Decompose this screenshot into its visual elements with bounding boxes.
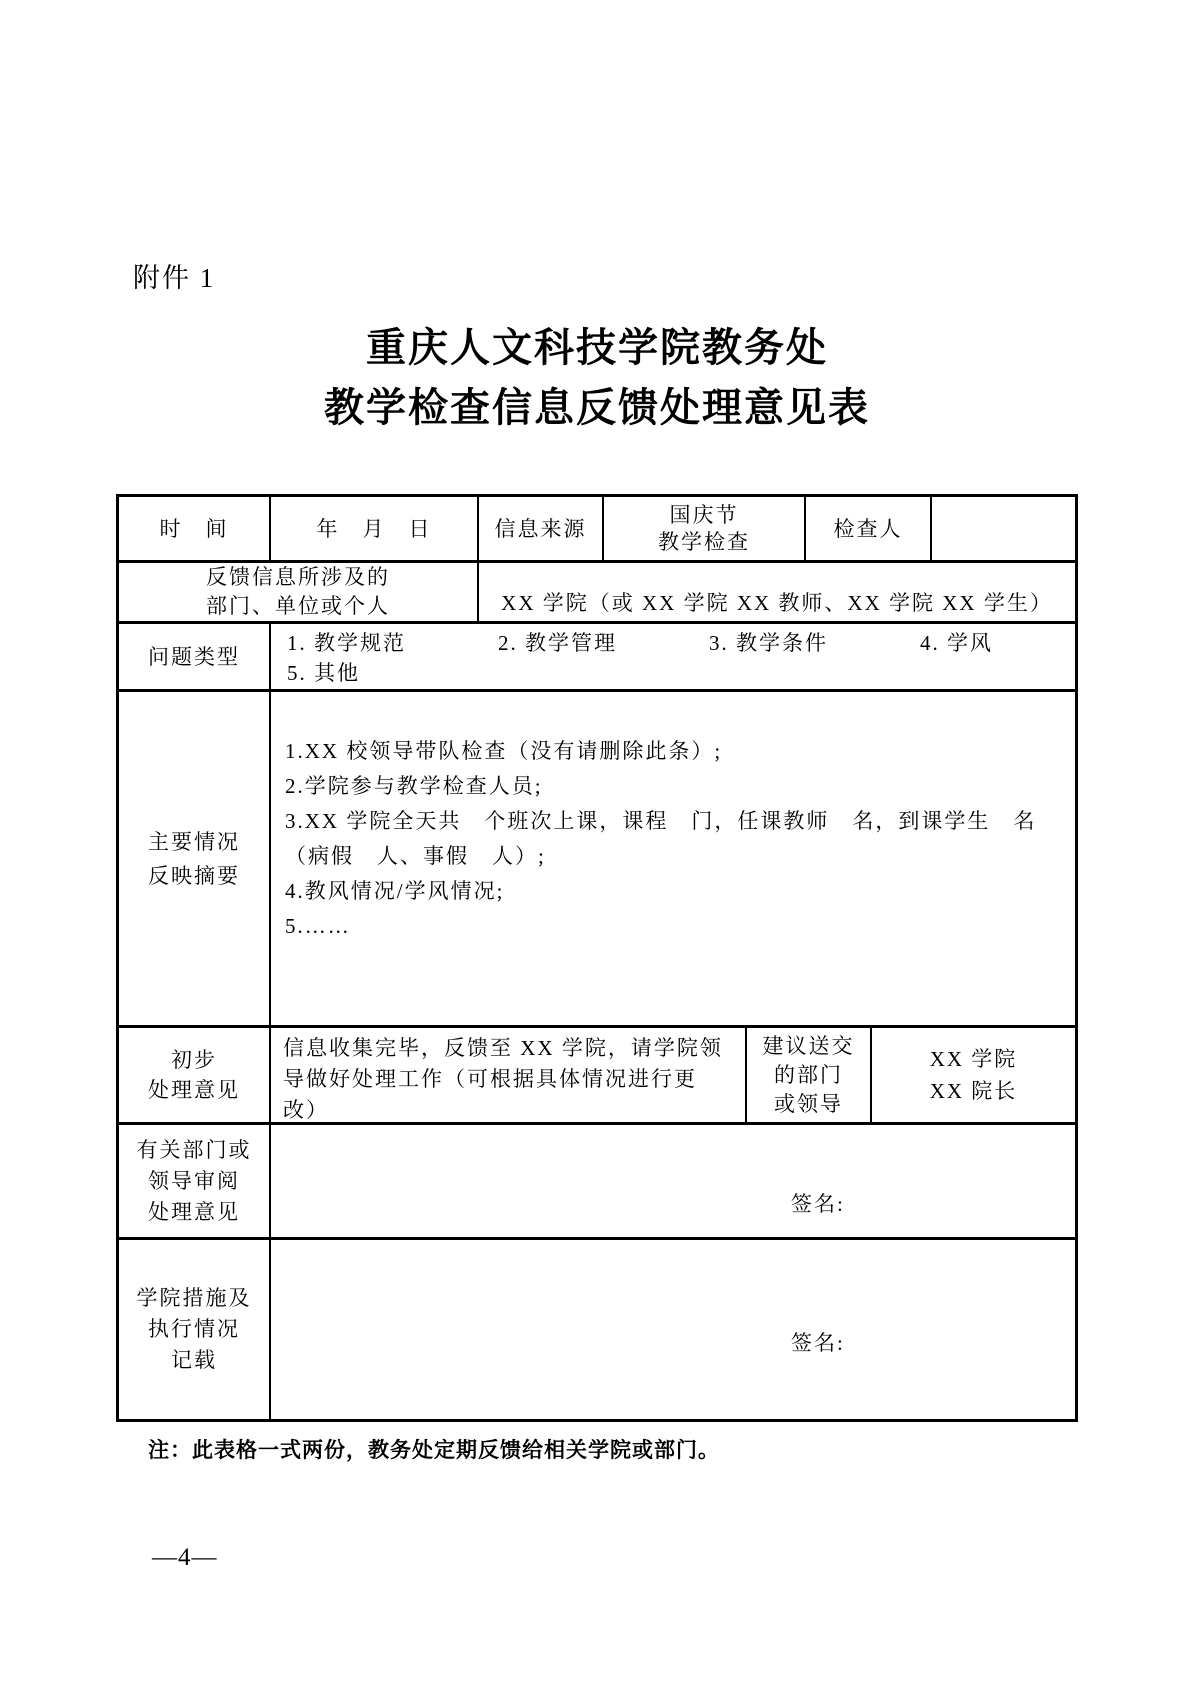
source-value-line1: 国庆节 [670, 502, 739, 529]
initial-opinion-label-line2: 处理意见 [148, 1075, 240, 1105]
college-measures-label-line3: 记载 [171, 1345, 217, 1376]
inspector-label-cell: 检查人 [804, 497, 930, 560]
problem-type-options-line1: 1. 教学规范 2. 教学管理 3. 教学条件 4. 学风 [287, 628, 993, 658]
department-review-label-line2: 领导审阅 [148, 1166, 240, 1197]
summary-line-4: （病假 人、事假 人）; [285, 839, 546, 874]
footnote: 注：此表格一式两份，教务处定期反馈给相关学院或部门。 [148, 1434, 720, 1464]
involved-value: XX 学院（或 XX 学院 XX 教师、XX 学院 XX 学生） [501, 588, 1053, 618]
attachment-label: 附件 1 [133, 256, 215, 295]
department-review-signature-cell: 签名: [269, 1125, 1075, 1237]
source-label: 信息来源 [495, 514, 587, 544]
involved-value-cell: XX 学院（或 XX 学院 XX 教师、XX 学院 XX 学生） [477, 563, 1075, 621]
summary-label-cell: 主要情况 反映摘要 [119, 692, 269, 1025]
suggested-destination-label-cell: 建议送交 的部门 或领导 [745, 1028, 870, 1122]
feedback-form-table: 时 间 年 月 日 信息来源 国庆节 教学检查 检查人 反馈信息所涉及的 部门、… [116, 494, 1078, 1422]
problem-type-options-line2: 5. 其他 [287, 658, 360, 688]
row-college-measures: 学院措施及 执行情况 记载 签名: [119, 1240, 1075, 1419]
document-title-line1: 重庆人文科技学院教务处 [116, 318, 1078, 378]
document-title-line2: 教学检查信息反馈处理意见表 [116, 378, 1078, 438]
time-value-cell: 年 月 日 [269, 497, 477, 560]
summary-line-2: 2.学院参与教学检查人员; [285, 769, 543, 804]
problem-type-label: 问题类型 [148, 642, 240, 672]
college-measures-signature-cell: 签名: [269, 1240, 1075, 1419]
time-label: 时 间 [160, 514, 229, 544]
row-main-summary: 主要情况 反映摘要 1.XX 校领导带队检查（没有请删除此条）; 2.学院参与教… [119, 692, 1075, 1028]
row-department-review: 有关部门或 领导审阅 处理意见 签名: [119, 1125, 1075, 1240]
initial-opinion-text-cell: 信息收集完毕，反馈至 XX 学院，请学院领导做好处理工作（可根据具体情况进行更改… [269, 1028, 745, 1122]
summary-label-line2: 反映摘要 [148, 859, 240, 893]
time-label-cell: 时 间 [119, 497, 269, 560]
department-review-label-line1: 有关部门或 [137, 1135, 252, 1166]
suggested-destination-label-line1: 建议送交 [763, 1032, 855, 1061]
summary-label-line1: 主要情况 [148, 825, 240, 859]
suggested-destination-label-line2: 的部门 [774, 1061, 843, 1090]
inspector-value-cell [930, 497, 1075, 560]
page-number: —4— [152, 1544, 218, 1572]
initial-opinion-label-cell: 初步 处理意见 [119, 1028, 269, 1122]
row-initial-opinion: 初步 处理意见 信息收集完毕，反馈至 XX 学院，请学院领导做好处理工作（可根据… [119, 1028, 1075, 1125]
suggested-destination-value-line2: XX 院长 [930, 1075, 1018, 1107]
document-title: 重庆人文科技学院教务处 教学检查信息反馈处理意见表 [116, 318, 1078, 438]
summary-line-1: 1.XX 校领导带队检查（没有请删除此条）; [285, 734, 722, 769]
college-measures-label-cell: 学院措施及 执行情况 记载 [119, 1240, 269, 1419]
summary-content-cell: 1.XX 校领导带队检查（没有请删除此条）; 2.学院参与教学检查人员; 3.X… [269, 692, 1075, 1025]
source-value-cell: 国庆节 教学检查 [602, 497, 804, 560]
summary-line-3: 3.XX 学院全天共 个班次上课，课程 门，任课教师 名，到课学生 名 [285, 804, 1036, 839]
involved-label-line2: 部门、单位或个人 [206, 592, 390, 621]
college-measures-signature-label: 签名: [791, 1328, 845, 1358]
row-involved-departments: 反馈信息所涉及的 部门、单位或个人 XX 学院（或 XX 学院 XX 教师、XX… [119, 563, 1075, 624]
suggested-destination-label-line3: 或领导 [774, 1090, 843, 1119]
time-value: 年 月 日 [317, 514, 432, 544]
document-page: 附件 1 重庆人文科技学院教务处 教学检查信息反馈处理意见表 时 间 年 月 日… [0, 0, 1191, 1684]
problem-type-options-cell: 1. 教学规范 2. 教学管理 3. 教学条件 4. 学风 5. 其他 [269, 624, 1075, 689]
inspector-label: 检查人 [834, 514, 903, 544]
source-value-line2: 教学检查 [658, 529, 750, 556]
department-review-signature-label: 签名: [791, 1189, 845, 1219]
summary-line-6: 5.…… [285, 909, 351, 944]
initial-opinion-label-line1: 初步 [171, 1045, 217, 1075]
row-time-source-inspector: 时 间 年 月 日 信息来源 国庆节 教学检查 检查人 [119, 497, 1075, 563]
involved-label-line1: 反馈信息所涉及的 [206, 563, 390, 592]
department-review-label-line3: 处理意见 [148, 1197, 240, 1228]
summary-line-5: 4.教风情况/学风情况; [285, 874, 504, 909]
suggested-destination-value-line1: XX 学院 [930, 1043, 1018, 1075]
college-measures-label-line1: 学院措施及 [137, 1283, 252, 1314]
college-measures-label-line2: 执行情况 [148, 1314, 240, 1345]
source-label-cell: 信息来源 [477, 497, 602, 560]
department-review-label-cell: 有关部门或 领导审阅 处理意见 [119, 1125, 269, 1237]
problem-type-label-cell: 问题类型 [119, 624, 269, 689]
initial-opinion-text: 信息收集完毕，反馈至 XX 学院，请学院领导做好处理工作（可根据具体情况进行更改… [283, 1033, 731, 1122]
involved-label-cell: 反馈信息所涉及的 部门、单位或个人 [119, 563, 477, 621]
row-problem-type: 问题类型 1. 教学规范 2. 教学管理 3. 教学条件 4. 学风 5. 其他 [119, 624, 1075, 692]
suggested-destination-value-cell: XX 学院 XX 院长 [870, 1028, 1075, 1122]
